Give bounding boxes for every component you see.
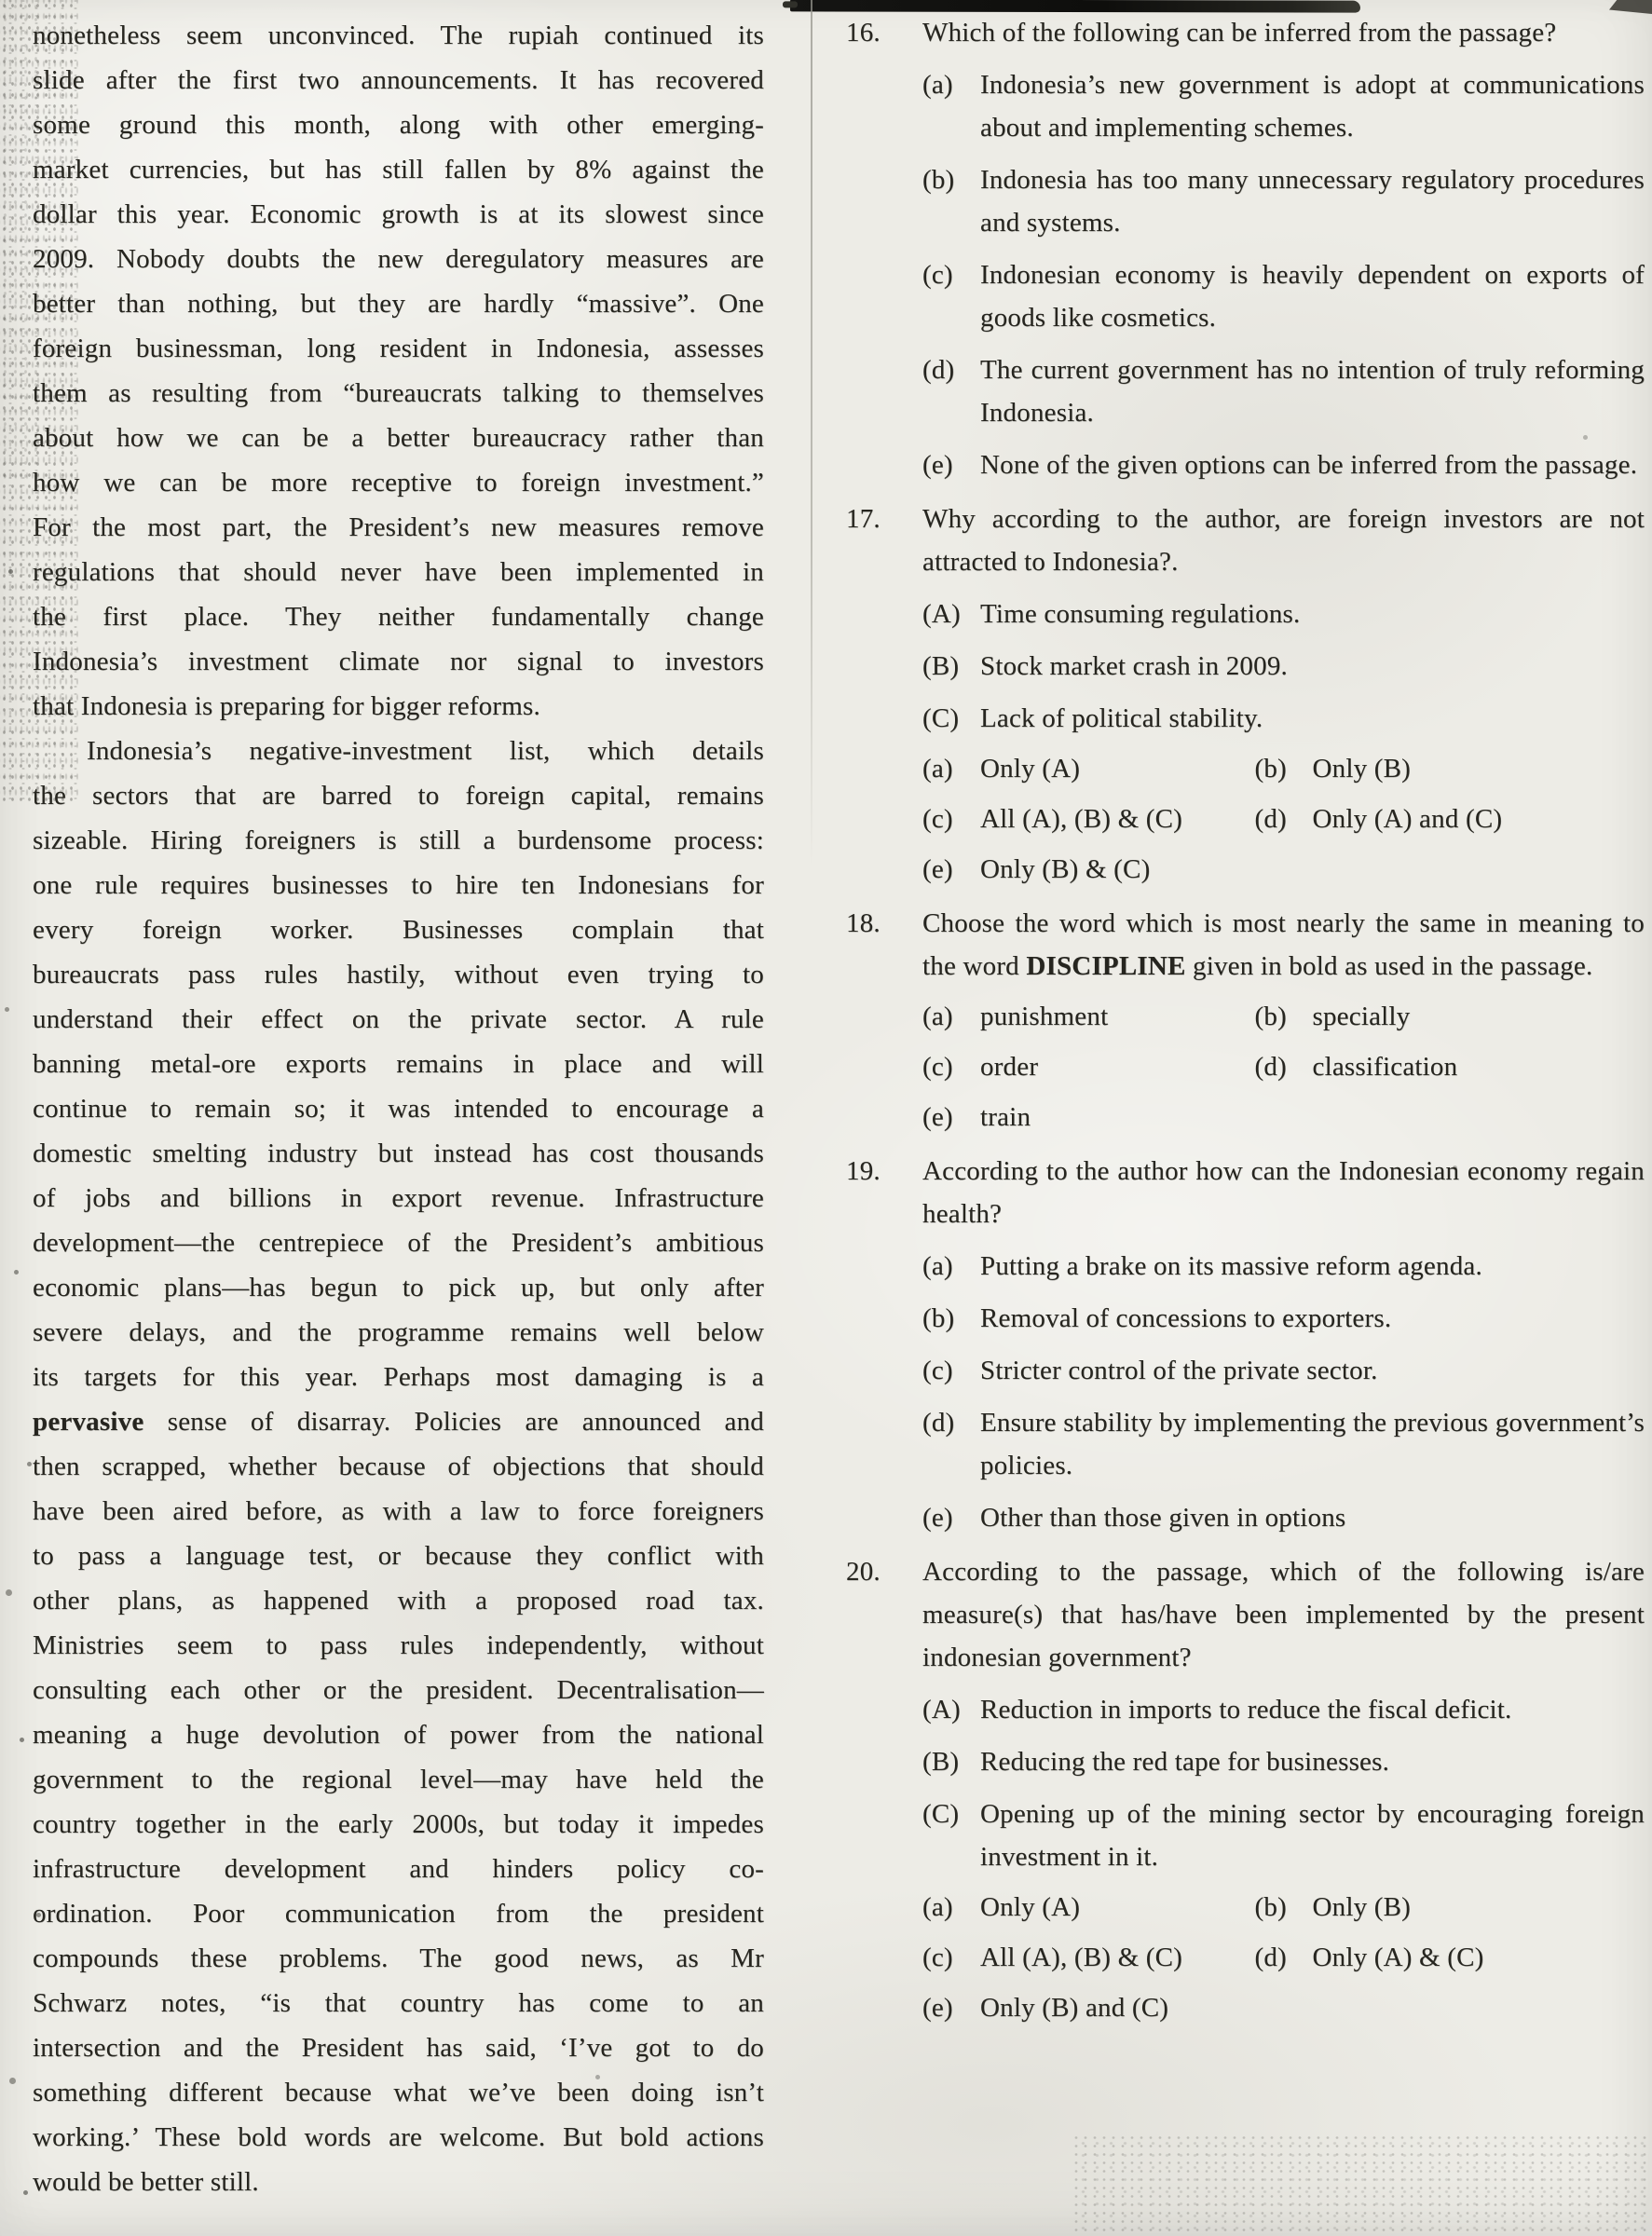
options-list: (a) Putting a brake on its massive refor… bbox=[922, 1245, 1645, 1539]
options-list: (A) Reduction in imports to reduce the f… bbox=[922, 1688, 1645, 2029]
option-label: (C) bbox=[922, 1793, 980, 1878]
option-label: (a) bbox=[922, 63, 980, 149]
option-item: (b) Only (B) bbox=[1255, 747, 1645, 790]
passage-p2-line-16: pervasive sense of disarray. Policies ar… bbox=[33, 1399, 764, 1444]
option-text: All (A), (B) & (C) bbox=[980, 1936, 1255, 1979]
passage-p2-line-8: banning metal-ore exports remains in pla… bbox=[33, 1042, 764, 1086]
passage-p2-line-1: Indonesia’s negative-investment list, wh… bbox=[33, 729, 764, 773]
option-text: Indonesian economy is heavily dependent … bbox=[980, 253, 1645, 339]
question-number: 20. bbox=[842, 1550, 922, 2029]
options-list: (A) Time consuming regulations. (B) Stoc… bbox=[922, 593, 1645, 891]
option-item: (A) Reduction in imports to reduce the f… bbox=[922, 1688, 1645, 1731]
passage-p2-line-7: understand their effect on the private s… bbox=[33, 997, 764, 1042]
option-item: (C) Lack of political stability. bbox=[922, 697, 1645, 740]
passage-p2-line-20: other plans, as happened with a proposed… bbox=[33, 1578, 764, 1623]
question-text: Which of the following can be inferred f… bbox=[922, 11, 1645, 54]
passage-column: nonetheless seem unconvinced. The rupiah… bbox=[0, 0, 764, 2236]
question-body: Why according to the author, are foreign… bbox=[922, 498, 1645, 891]
option-text: Reducing the red tape for businesses. bbox=[980, 1740, 1645, 1783]
option-text: Indonesia’s new government is adopt at c… bbox=[980, 63, 1645, 149]
passage-p2-line-18: have been aired before, as with a law to… bbox=[33, 1489, 764, 1534]
passage-p1-line-5: dollar this year. Economic growth is at … bbox=[33, 192, 764, 237]
passage-p2-line-3: sizeable. Hiring foreigners is still a b… bbox=[33, 818, 764, 863]
question-body: Choose the word which is most nearly the… bbox=[922, 902, 1645, 1138]
option-text: Indonesia has too many unnecessary regul… bbox=[980, 158, 1645, 244]
passage-p2-line-28: compounds these problems. The good news,… bbox=[33, 1936, 764, 1981]
passage-p1-line-11: how we can be more receptive to foreign … bbox=[33, 460, 764, 505]
option-text: Only (B) and (C) bbox=[980, 1986, 1255, 2029]
passage-p2-line-6: bureaucrats pass rules hastily, without … bbox=[33, 952, 764, 997]
question-body: According to the author how can the Indo… bbox=[922, 1150, 1645, 1539]
passage-p2-line-25: country together in the early 2000s, but… bbox=[33, 1802, 764, 1847]
passage-p2-line-32: working.’ These bold words are welcome. … bbox=[33, 2115, 764, 2160]
passage-p1-line-10: about how we can be a better bureaucracy… bbox=[33, 416, 764, 460]
option-label: (b) bbox=[922, 1297, 980, 1340]
passage-p1-line-7: better than nothing, but they are hardly… bbox=[33, 281, 764, 326]
option-text: Reduction in imports to reduce the fisca… bbox=[980, 1688, 1645, 1731]
option-text: Only (B) bbox=[1313, 1886, 1645, 1929]
option-text: Time consuming regulations. bbox=[980, 593, 1645, 635]
passage-p2-line-27: ordination. Poor communication from the … bbox=[33, 1891, 764, 1936]
passage-p2-line-13: economic plans—has begun to pick up, but… bbox=[33, 1265, 764, 1310]
option-pair-row: (a) Only (A) (b) Only (B) bbox=[922, 747, 1645, 790]
option-label: (c) bbox=[922, 1349, 980, 1392]
option-text: Ensure stability by implementing the pre… bbox=[980, 1401, 1645, 1487]
option-text: Putting a brake on its massive reform ag… bbox=[980, 1245, 1645, 1288]
option-text: Only (A) and (C) bbox=[1313, 798, 1645, 840]
option-text: Only (B) bbox=[1313, 747, 1645, 790]
passage-p1-line-16: that Indonesia is preparing for bigger r… bbox=[33, 684, 764, 729]
option-text: train bbox=[980, 1096, 1255, 1138]
passage-p2-line-22: consulting each other or the president. … bbox=[33, 1668, 764, 1712]
passage-p2-line-30: intersection and the President has said,… bbox=[33, 2025, 764, 2070]
option-item: (e) Only (B) & (C) bbox=[922, 848, 1255, 891]
option-text: Lack of political stability. bbox=[980, 697, 1645, 740]
two-column-layout: nonetheless seem unconvinced. The rupiah… bbox=[0, 0, 1652, 2236]
option-text: Opening up of the mining sector by encou… bbox=[980, 1793, 1645, 1878]
option-label: (c) bbox=[922, 253, 980, 339]
passage-p1-line-6: 2009. Nobody doubts the new deregulatory… bbox=[33, 237, 764, 281]
passage-p1-line-4: market currencies, but has still fallen … bbox=[33, 147, 764, 192]
passage-p1-line-8: foreign businessman, long resident in In… bbox=[33, 326, 764, 371]
passage-p1-line-14: the first place. They neither fundamenta… bbox=[33, 594, 764, 639]
question-16: 16. Which of the following can be inferr… bbox=[842, 11, 1645, 486]
option-label: (d) bbox=[1255, 1045, 1313, 1088]
passage-p2-line-21: Ministries seem to pass rules independen… bbox=[33, 1623, 764, 1668]
question-17: 17. Why according to the author, are for… bbox=[842, 498, 1645, 891]
option-item: (b) Indonesia has too many unnecessary r… bbox=[922, 158, 1645, 244]
passage-p2-line-24: government to the regional level—may hav… bbox=[33, 1757, 764, 1802]
option-item: (a) punishment bbox=[922, 995, 1255, 1038]
option-label: (c) bbox=[922, 798, 980, 840]
option-label: (A) bbox=[922, 1688, 980, 1731]
passage-p2-line-23: meaning a huge devolution of power from … bbox=[33, 1712, 764, 1757]
option-label: (d) bbox=[922, 1401, 980, 1487]
passage-p2-line-26: infrastructure development and hinders p… bbox=[33, 1847, 764, 1891]
passage-p2-line-14: severe delays, and the programme remains… bbox=[33, 1310, 764, 1355]
passage-p2-line-31: something different because what we’ve b… bbox=[33, 2070, 764, 2115]
option-label: (a) bbox=[922, 1245, 980, 1288]
option-item: (c) Indonesian economy is heavily depend… bbox=[922, 253, 1645, 339]
option-text: Stricter control of the private sector. bbox=[980, 1349, 1645, 1392]
question-body: Which of the following can be inferred f… bbox=[922, 11, 1645, 486]
option-pair-row: (c) All (A), (B) & (C) (d) Only (A) & (C… bbox=[922, 1936, 1645, 1979]
option-pair-row: (c) order (d) classification bbox=[922, 1045, 1645, 1088]
option-text: Only (A) bbox=[980, 1886, 1255, 1929]
passage-p1-line-1: nonetheless seem unconvinced. The rupiah… bbox=[33, 13, 764, 58]
option-item: (d) classification bbox=[1255, 1045, 1645, 1088]
option-item: (d) The current government has no intent… bbox=[922, 348, 1645, 434]
option-label: (b) bbox=[1255, 995, 1313, 1038]
option-item: (b) Only (B) bbox=[1255, 1886, 1645, 1929]
option-text: None of the given options can be inferre… bbox=[980, 443, 1645, 486]
question-19: 19. According to the author how can the … bbox=[842, 1150, 1645, 1539]
question-number: 18. bbox=[842, 902, 922, 1138]
questions-column: 16. Which of the following can be inferr… bbox=[812, 0, 1652, 2236]
option-item: (e) Only (B) and (C) bbox=[922, 1986, 1255, 2029]
option-pair-row: (a) punishment (b) specially bbox=[922, 995, 1645, 1038]
option-label: (b) bbox=[1255, 1886, 1313, 1929]
option-text: Removal of concessions to exporters. bbox=[980, 1297, 1645, 1340]
option-label: (a) bbox=[922, 995, 980, 1038]
passage-p1-line-9: them as resulting from “bureaucrats talk… bbox=[33, 371, 764, 416]
option-item: (e) Other than those given in options bbox=[922, 1496, 1645, 1539]
option-text: classification bbox=[1313, 1045, 1645, 1088]
option-item: (A) Time consuming regulations. bbox=[922, 593, 1645, 635]
option-item: (d) Only (A) & (C) bbox=[1255, 1936, 1645, 1979]
option-label: (d) bbox=[1255, 798, 1313, 840]
passage-p2-line-15: its targets for this year. Perhaps most … bbox=[33, 1355, 764, 1399]
column-gutter bbox=[764, 0, 812, 2236]
option-item: (d) Only (A) and (C) bbox=[1255, 798, 1645, 840]
passage-p1-line-12: For the most part, the President’s new m… bbox=[33, 505, 764, 550]
option-item: (a) Putting a brake on its massive refor… bbox=[922, 1245, 1645, 1288]
question-number: 16. bbox=[842, 11, 922, 486]
passage-p2-line-11: of jobs and billions in export revenue. … bbox=[33, 1176, 764, 1220]
option-label: (d) bbox=[1255, 1936, 1313, 1979]
option-item: (c) order bbox=[922, 1045, 1255, 1088]
options-list: (a) punishment (b) specially (c) order (… bbox=[922, 995, 1645, 1138]
option-item: (c) Stricter control of the private sect… bbox=[922, 1349, 1645, 1392]
question-20: 20. According to the passage, which of t… bbox=[842, 1550, 1645, 2029]
option-text: The current government has no intention … bbox=[980, 348, 1645, 434]
passage-p1-line-15: Indonesia’s investment climate nor signa… bbox=[33, 639, 764, 684]
option-label: (A) bbox=[922, 593, 980, 635]
option-pair-row: (e) Only (B) and (C) bbox=[922, 1986, 1645, 2029]
scanned-exam-page: nonetheless seem unconvinced. The rupiah… bbox=[0, 0, 1652, 2236]
passage-p2-line-2: the sectors that are barred to foreign c… bbox=[33, 773, 764, 818]
option-pair-row: (e) Only (B) & (C) bbox=[922, 848, 1645, 891]
option-label: (e) bbox=[922, 443, 980, 486]
question-number: 17. bbox=[842, 498, 922, 891]
passage-p2-line-10: domestic smelting industry but instead h… bbox=[33, 1131, 764, 1176]
passage-p2-line-29: Schwarz notes, “is that country has come… bbox=[33, 1981, 764, 2025]
option-item: (a) Indonesia’s new government is adopt … bbox=[922, 63, 1645, 149]
option-text: All (A), (B) & (C) bbox=[980, 798, 1255, 840]
passage-p2-line-9: continue to remain so; it was intended t… bbox=[33, 1086, 764, 1131]
option-item: (a) Only (A) bbox=[922, 1886, 1255, 1929]
option-label: (a) bbox=[922, 1886, 980, 1929]
option-item: (b) specially bbox=[1255, 995, 1645, 1038]
question-18: 18. Choose the word which is most nearly… bbox=[842, 902, 1645, 1138]
passage-p1-line-13: regulations that should never have been … bbox=[33, 550, 764, 594]
option-text: Only (B) & (C) bbox=[980, 848, 1255, 891]
passage-p1-line-3: some ground this month, along with other… bbox=[33, 102, 764, 147]
option-item: (a) Only (A) bbox=[922, 747, 1255, 790]
question-text: Why according to the author, are foreign… bbox=[922, 498, 1645, 583]
option-text: punishment bbox=[980, 995, 1255, 1038]
option-item: (e) None of the given options can be inf… bbox=[922, 443, 1645, 486]
option-item: (B) Stock market crash in 2009. bbox=[922, 645, 1645, 688]
option-text: Other than those given in options bbox=[980, 1496, 1645, 1539]
passage-p2-line-33: would be better still. bbox=[33, 2160, 764, 2204]
passage-p2-line-19: to pass a language test, or because they… bbox=[33, 1534, 764, 1578]
option-label: (e) bbox=[922, 1496, 980, 1539]
question-text: According to the passage, which of the f… bbox=[922, 1550, 1645, 1679]
option-label: (d) bbox=[922, 348, 980, 434]
option-label: (B) bbox=[922, 645, 980, 688]
option-label: (e) bbox=[922, 1096, 980, 1138]
option-item: (c) All (A), (B) & (C) bbox=[922, 798, 1255, 840]
question-text: Choose the word which is most nearly the… bbox=[922, 902, 1645, 988]
question-text: According to the author how can the Indo… bbox=[922, 1150, 1645, 1235]
option-label: (C) bbox=[922, 697, 980, 740]
option-pair-row: (a) Only (A) (b) Only (B) bbox=[922, 1886, 1645, 1929]
option-label: (B) bbox=[922, 1740, 980, 1783]
option-item: (b) Removal of concessions to exporters. bbox=[922, 1297, 1645, 1340]
option-text: order bbox=[980, 1045, 1255, 1088]
option-text: Only (A) & (C) bbox=[1313, 1936, 1645, 1979]
option-text: Only (A) bbox=[980, 747, 1255, 790]
option-item: (C) Opening up of the mining sector by e… bbox=[922, 1793, 1645, 1878]
option-item: (c) All (A), (B) & (C) bbox=[922, 1936, 1255, 1979]
option-item: (d) Ensure stability by implementing the… bbox=[922, 1401, 1645, 1487]
option-text: Stock market crash in 2009. bbox=[980, 645, 1645, 688]
option-label: (b) bbox=[1255, 747, 1313, 790]
passage-p1-line-2: slide after the first two announcements.… bbox=[33, 58, 764, 102]
option-label: (b) bbox=[922, 158, 980, 244]
option-label: (c) bbox=[922, 1936, 980, 1979]
option-item: (e) train bbox=[922, 1096, 1255, 1138]
passage-p2-line-4: one rule requires businesses to hire ten… bbox=[33, 863, 764, 907]
option-label: (a) bbox=[922, 747, 980, 790]
option-label: (e) bbox=[922, 848, 980, 891]
option-label: (e) bbox=[922, 1986, 980, 2029]
option-text: specially bbox=[1313, 995, 1645, 1038]
question-number: 19. bbox=[842, 1150, 922, 1539]
option-pair-row: (e) train bbox=[922, 1096, 1645, 1138]
options-list: (a) Indonesia’s new government is adopt … bbox=[922, 63, 1645, 486]
option-label: (c) bbox=[922, 1045, 980, 1088]
passage-p2-line-5: every foreign worker. Businesses complai… bbox=[33, 907, 764, 952]
passage-p2-line-17: then scrapped, whether because of object… bbox=[33, 1444, 764, 1489]
option-pair-row: (c) All (A), (B) & (C) (d) Only (A) and … bbox=[922, 798, 1645, 840]
passage-p2-line-12: development—the centrepiece of the Presi… bbox=[33, 1220, 764, 1265]
question-body: According to the passage, which of the f… bbox=[922, 1550, 1645, 2029]
option-item: (B) Reducing the red tape for businesses… bbox=[922, 1740, 1645, 1783]
